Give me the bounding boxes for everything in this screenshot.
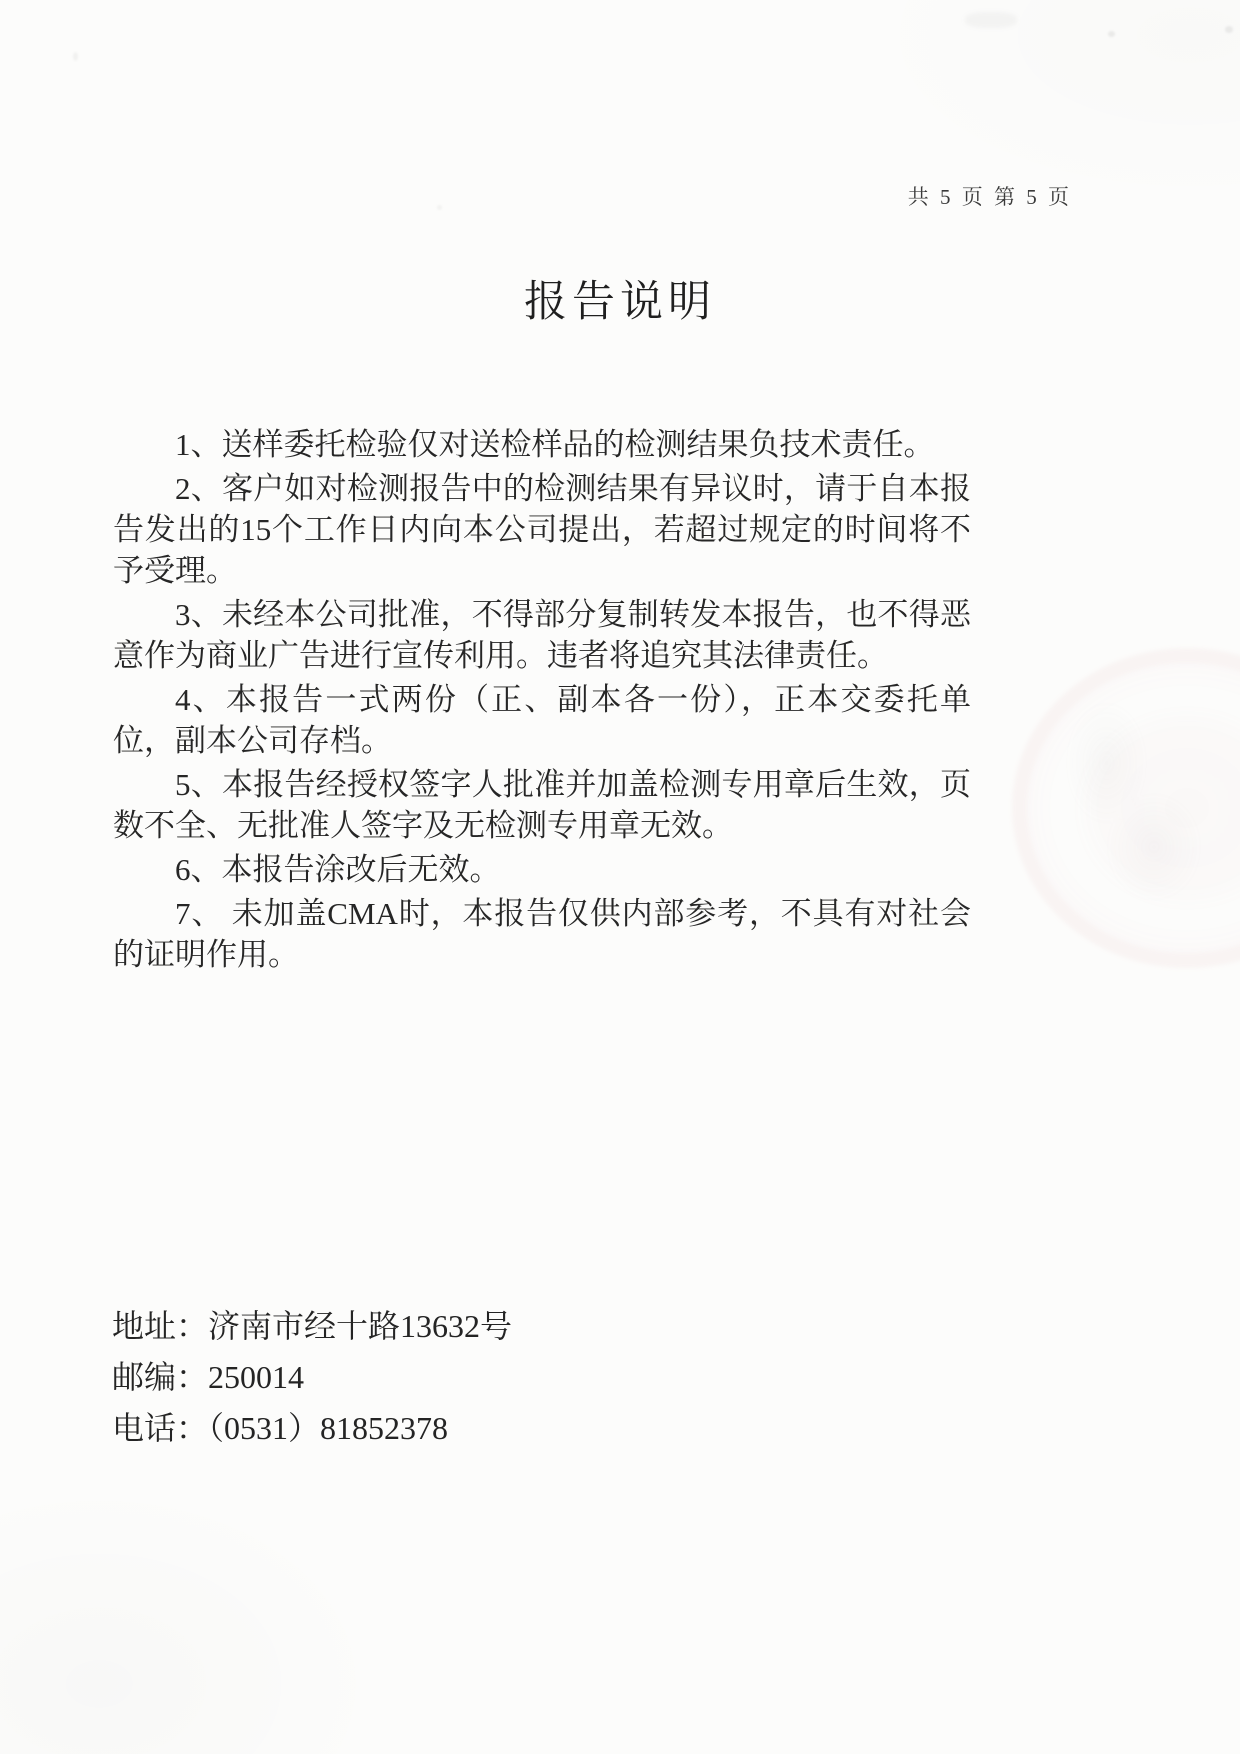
report-notes-list: 1、送样委托检验仅对送检样品的检测结果负技术责任。 2、客户如对检测报告中的检测… [113,424,971,978]
page-number: 共 5 页 第 5 页 [908,181,1072,211]
note-item-1: 1、送样委托检验仅对送检样品的检测结果负技术责任。 [113,424,971,465]
scan-speck [73,52,78,61]
note-item-5: 5、本报告经授权签字人批准并加盖检测专用章后生效，页数不全、无批准人签字及无检测… [113,764,971,846]
scan-smudge [965,12,1017,28]
scan-speck [1225,26,1233,33]
phone-line: 电话：（0531）81852378 [112,1403,512,1454]
note-item-6: 6、本报告涂改后无效。 [113,849,971,890]
postcode-line: 邮编：250014 [112,1352,512,1403]
faint-seal-stamp [1012,648,1240,968]
seal-smudge [1040,700,1230,910]
scanned-report-page: 共 5 页 第 5 页 报告说明 1、送样委托检验仅对送检样品的检测结果负技术责… [0,0,1240,1754]
contact-info-block: 地址：济南市经十路13632号 邮编：250014 电话：（0531）81852… [112,1301,512,1454]
note-item-7: 7、 未加盖CMA时，本报告仅供内部参考，不具有对社会的证明作用。 [113,893,971,975]
note-item-3: 3、未经本公司批准，不得部分复制转发本报告，也不得恶意作为商业广告进行宣传利用。… [113,594,971,676]
note-item-4: 4、本报告一式两份（正、副本各一份），正本交委托单位，副本公司存档。 [113,679,971,761]
scan-speck [1108,31,1115,37]
address-line: 地址：济南市经十路13632号 [112,1301,512,1352]
page-title: 报告说明 [0,268,1240,329]
scan-speck [437,205,442,210]
note-item-2: 2、客户如对检测报告中的检测结果有异议时，请于自本报告发出的15个工作日内向本公… [113,468,971,591]
